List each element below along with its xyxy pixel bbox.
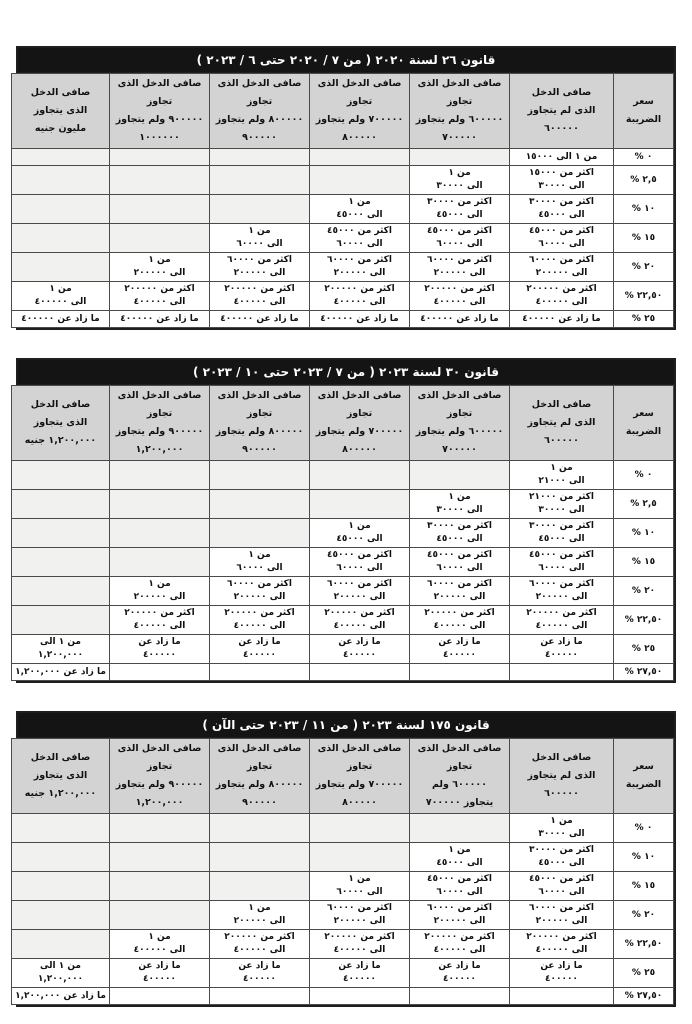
empty-cell — [210, 166, 310, 195]
table-row: % ١٠اكثر من ٣٠٠٠٠ الى ٤٥٠٠٠اكثر من ٣٠٠٠٠… — [12, 195, 674, 224]
table-row: % ٢٠اكثر من ٦٠٠٠٠ الى ٢٠٠٠٠٠اكثر من ٦٠٠٠… — [12, 901, 674, 930]
bracket-range-cell: اكثر من ٢٠٠٠٠٠ الى ٤٠٠٠٠٠ — [510, 606, 614, 635]
bracket-range-cell: ما زاد عن ٤٠٠٠٠٠ — [210, 959, 310, 988]
empty-cell — [510, 664, 614, 681]
tax-rate-header-cell: سعر الضريبة — [614, 74, 674, 149]
empty-cell — [110, 195, 210, 224]
empty-cell — [110, 814, 210, 843]
header-row: سعر الضريبةصافى الدخل الذى لم يتجاوز ٦٠٠… — [12, 74, 674, 149]
tax-rate-cell: % ١٠ — [614, 195, 674, 224]
bracket-range-cell: اكثر من ٦٠٠٠٠ الى ٢٠٠٠٠٠ — [210, 577, 310, 606]
tax-rate-cell: % ٠ — [614, 814, 674, 843]
empty-cell — [12, 490, 110, 519]
empty-cell — [12, 577, 110, 606]
empty-cell — [310, 988, 410, 1005]
bracket-range-cell: اكثر من ٦٠٠٠٠ الى ٢٠٠٠٠٠ — [510, 577, 614, 606]
bracket-range-cell: من ١ الى ٢٠٠٠٠٠ — [110, 577, 210, 606]
empty-cell — [210, 490, 310, 519]
bracket-range-cell: ما زاد عن ١,٢٠٠,٠٠٠ — [12, 988, 110, 1005]
empty-cell — [12, 149, 110, 166]
income-bracket-header-cell-3: صافى الدخل الذى تجاوز ٨٠٠٠٠٠ ولم يتجاوز … — [210, 74, 310, 149]
bracket-range-cell: اكثر من ٣٠٠٠٠ الى ٤٥٠٠٠ — [410, 519, 510, 548]
income-bracket-header-cell-1: صافى الدخل الذى تجاوز ٦٠٠٠٠٠ ولم يتجاوز … — [410, 386, 510, 461]
tax-rate-cell: % ٢٠ — [614, 901, 674, 930]
income-bracket-header-cell-3: صافى الدخل الذى تجاوز ٨٠٠٠٠٠ ولم يتجاوز … — [210, 739, 310, 814]
table-row: % ٢٧,٥٠ما زاد عن ١,٢٠٠,٠٠٠ — [12, 988, 674, 1005]
bracket-range-cell: اكثر من ٢٠٠٠٠٠ الى ٤٠٠٠٠٠ — [510, 282, 614, 311]
empty-cell — [410, 461, 510, 490]
table-row: % ٢٢,٥٠اكثر من ٢٠٠٠٠٠ الى ٤٠٠٠٠٠اكثر من … — [12, 282, 674, 311]
bracket-range-cell: ما زاد عن ٤٠٠٠٠٠ — [110, 635, 210, 664]
bracket-range-cell: من ١ الى ٦٠٠٠٠ — [210, 548, 310, 577]
table-row: % ٢٥ما زاد عن ٤٠٠٠٠٠ما زاد عن ٤٠٠٠٠٠ما ز… — [12, 311, 674, 328]
table-row: % ١٥اكثر من ٤٥٠٠٠ الى ٦٠٠٠٠اكثر من ٤٥٠٠٠… — [12, 548, 674, 577]
bracket-range-cell: اكثر من ٤٥٠٠٠ الى ٦٠٠٠٠ — [510, 224, 614, 253]
empty-cell — [210, 814, 310, 843]
table-row: % ٢٢,٥٠اكثر من ٢٠٠٠٠٠ الى ٤٠٠٠٠٠اكثر من … — [12, 930, 674, 959]
header-row: سعر الضريبةصافى الدخل الذى لم يتجاوز ٦٠٠… — [12, 739, 674, 814]
bracket-range-cell: ما زاد عن ٤٠٠٠٠٠ — [110, 959, 210, 988]
bracket-range-cell: اكثر من ٦٠٠٠٠ الى ٢٠٠٠٠٠ — [310, 901, 410, 930]
table-row: % ١٠اكثر من ٣٠٠٠٠ الى ٤٥٠٠٠من ١ الى ٤٥٠٠… — [12, 843, 674, 872]
income-bracket-header-cell-1: صافى الدخل الذى تجاوز ٦٠٠٠٠٠ ولم يتجاوز … — [410, 74, 510, 149]
tax-rate-header-cell: سعر الضريبة — [614, 386, 674, 461]
bracket-range-cell: من ١ الى ١,٢٠٠,٠٠٠ — [12, 635, 110, 664]
bracket-range-cell: اكثر من ٦٠٠٠٠ الى ٢٠٠٠٠٠ — [210, 253, 310, 282]
tax-rate-cell: % ٢٠ — [614, 577, 674, 606]
income-bracket-header-cell-4: صافى الدخل الذى تجاوز ٩٠٠٠٠٠ ولم يتجاوز … — [110, 74, 210, 149]
bracket-range-cell: اكثر من ٤٥٠٠٠ الى ٦٠٠٠٠ — [510, 872, 614, 901]
bracket-range-cell: ما زاد عن ٤٠٠٠٠٠ — [410, 635, 510, 664]
income-bracket-header-cell-5: صافى الدخل الذى يتجاوز ١,٢٠٠,٠٠٠ جنيه — [12, 739, 110, 814]
tax-rate-cell: % ٠ — [614, 461, 674, 490]
bracket-range-cell: ما زاد عن ٤٠٠٠٠٠ — [12, 311, 110, 328]
bracket-range-cell: اكثر من ٢٠٠٠٠٠ الى ٤٠٠٠٠٠ — [110, 606, 210, 635]
table-row: % ٢٧,٥٠ما زاد عن ١,٢٠٠,٠٠٠ — [12, 664, 674, 681]
bracket-range-cell: اكثر من ٦٠٠٠٠ الى ٢٠٠٠٠٠ — [510, 901, 614, 930]
tax-rate-cell: % ١٠ — [614, 519, 674, 548]
bracket-range-cell: ما زاد عن ٤٠٠٠٠٠ — [310, 311, 410, 328]
tax-brackets-table: سعر الضريبةصافى الدخل الذى لم يتجاوز ٦٠٠… — [11, 738, 674, 1005]
bracket-range-cell: ما زاد عن ٤٠٠٠٠٠ — [410, 311, 510, 328]
bracket-range-cell: اكثر من ٢٠٠٠٠٠ الى ٤٠٠٠٠٠ — [210, 282, 310, 311]
table-row: % ١٥اكثر من ٤٥٠٠٠ الى ٦٠٠٠٠اكثر من ٤٥٠٠٠… — [12, 872, 674, 901]
header-row: سعر الضريبةصافى الدخل الذى لم يتجاوز ٦٠٠… — [12, 386, 674, 461]
bracket-range-cell: اكثر من ٢٠٠٠٠٠ الى ٤٠٠٠٠٠ — [110, 282, 210, 311]
bracket-range-cell: من ١ الى ٦٠٠٠٠ — [210, 224, 310, 253]
empty-cell — [310, 461, 410, 490]
tax-rate-cell: % ٢٥ — [614, 635, 674, 664]
empty-cell — [12, 519, 110, 548]
empty-cell — [12, 843, 110, 872]
bracket-range-cell: من ١ الى ٣٠٠٠٠ — [510, 814, 614, 843]
empty-cell — [12, 606, 110, 635]
bracket-range-cell: اكثر من ١٥٠٠٠ الى ٣٠٠٠٠ — [510, 166, 614, 195]
table-row: % ١٠اكثر من ٣٠٠٠٠ الى ٤٥٠٠٠اكثر من ٣٠٠٠٠… — [12, 519, 674, 548]
empty-cell — [12, 930, 110, 959]
tax-law-tables-page: قانون ٢٦ لسنة ٢٠٢٠ ( من ٧ / ٢٠٢٠ حتى ٦ /… — [0, 0, 692, 1007]
empty-cell — [310, 149, 410, 166]
income-bracket-header-cell-2: صافى الدخل الذى تجاوز ٧٠٠٠٠٠ ولم يتجاوز … — [310, 386, 410, 461]
empty-cell — [410, 664, 510, 681]
bracket-range-cell: ما زاد عن ٤٠٠٠٠٠ — [210, 311, 310, 328]
tax-rate-cell: % ٢٧,٥٠ — [614, 664, 674, 681]
tax-rate-cell: % ٢٧,٥٠ — [614, 988, 674, 1005]
tax-rate-cell: % ١٥ — [614, 872, 674, 901]
empty-cell — [110, 548, 210, 577]
bracket-range-cell: من ١ الى ٤٥٠٠٠ — [410, 843, 510, 872]
income-bracket-header-cell-5: صافى الدخل الذى يتجاوز ١,٢٠٠,٠٠٠ جنيه — [12, 386, 110, 461]
bracket-range-cell: ما زاد عن ٤٠٠٠٠٠ — [510, 959, 614, 988]
empty-cell — [110, 149, 210, 166]
tax-rate-cell: % ٢٢,٥٠ — [614, 606, 674, 635]
bracket-range-cell: ما زاد عن ١,٢٠٠,٠٠٠ — [12, 664, 110, 681]
empty-cell — [110, 461, 210, 490]
bracket-range-cell: ما زاد عن ٤٠٠٠٠٠ — [110, 311, 210, 328]
income-bracket-header-cell-0: صافى الدخل الذى لم يتجاوز ٦٠٠٠٠٠ — [510, 386, 614, 461]
empty-cell — [210, 519, 310, 548]
bracket-range-cell: اكثر من ٤٥٠٠٠ الى ٦٠٠٠٠ — [410, 224, 510, 253]
table-row: % ٢٢,٥٠اكثر من ٢٠٠٠٠٠ الى ٤٠٠٠٠٠اكثر من … — [12, 606, 674, 635]
bracket-range-cell: اكثر من ٢٠٠٠٠٠ الى ٤٠٠٠٠٠ — [210, 930, 310, 959]
bracket-range-cell: اكثر من ٢٠٠٠٠٠ الى ٤٠٠٠٠٠ — [410, 606, 510, 635]
tax-rate-cell: % ٢,٥ — [614, 490, 674, 519]
income-bracket-header-cell-3: صافى الدخل الذى تجاوز ٨٠٠٠٠٠ ولم يتجاوز … — [210, 386, 310, 461]
bracket-range-cell: ما زاد عن ٤٠٠٠٠٠ — [310, 959, 410, 988]
empty-cell — [110, 872, 210, 901]
empty-cell — [310, 664, 410, 681]
bracket-range-cell: ما زاد عن ٤٠٠٠٠٠ — [510, 311, 614, 328]
bracket-range-cell: ما زاد عن ٤٠٠٠٠٠ — [510, 635, 614, 664]
table-row: % ٢٥ما زاد عن ٤٠٠٠٠٠ما زاد عن ٤٠٠٠٠٠ما ز… — [12, 635, 674, 664]
bracket-range-cell: اكثر من ٦٠٠٠٠ الى ٢٠٠٠٠٠ — [410, 577, 510, 606]
income-bracket-header-cell-4: صافى الدخل الذى تجاوز ٩٠٠٠٠٠ ولم يتجاوز … — [110, 739, 210, 814]
tax-brackets-table: سعر الضريبةصافى الدخل الذى لم يتجاوز ٦٠٠… — [11, 385, 674, 681]
bracket-range-cell: اكثر من ٣٠٠٠٠ الى ٤٥٠٠٠ — [510, 195, 614, 224]
bracket-range-cell: اكثر من ٢١٠٠٠ الى ٣٠٠٠٠ — [510, 490, 614, 519]
income-bracket-header-cell-2: صافى الدخل الذى تجاوز ٧٠٠٠٠٠ ولم يتجاوز … — [310, 739, 410, 814]
table-row: % ٠من ١ الى ١٥٠٠٠ — [12, 149, 674, 166]
tax-rate-cell: % ٢٥ — [614, 959, 674, 988]
bracket-range-cell: اكثر من ٢٠٠٠٠٠ الى ٤٠٠٠٠٠ — [310, 930, 410, 959]
empty-cell — [210, 872, 310, 901]
bracket-range-cell: من ١ الى ٢٠٠٠٠٠ — [210, 901, 310, 930]
bracket-range-cell: اكثر من ٤٥٠٠٠ الى ٦٠٠٠٠ — [310, 224, 410, 253]
bracket-range-cell: اكثر من ٦٠٠٠٠ الى ٢٠٠٠٠٠ — [510, 253, 614, 282]
empty-cell — [110, 166, 210, 195]
table-row: % ٠من ١ الى ٣٠٠٠٠ — [12, 814, 674, 843]
empty-cell — [310, 166, 410, 195]
bracket-range-cell: اكثر من ٣٠٠٠٠ الى ٤٥٠٠٠ — [510, 843, 614, 872]
table-row: % ٠من ١ الى ٢١٠٠٠ — [12, 461, 674, 490]
bracket-range-cell: ما زاد عن ٤٠٠٠٠٠ — [410, 959, 510, 988]
tax-table-law-26-2020: قانون ٢٦ لسنة ٢٠٢٠ ( من ٧ / ٢٠٢٠ حتى ٦ /… — [16, 46, 676, 330]
table-row: % ٢,٥اكثر من ١٥٠٠٠ الى ٣٠٠٠٠من ١ الى ٣٠٠… — [12, 166, 674, 195]
tax-rate-cell: % ١٥ — [614, 548, 674, 577]
bracket-range-cell: اكثر من ٢٠٠٠٠٠ الى ٤٠٠٠٠٠ — [410, 282, 510, 311]
bracket-range-cell: اكثر من ٤٥٠٠٠ الى ٦٠٠٠٠ — [310, 548, 410, 577]
empty-cell — [410, 988, 510, 1005]
bracket-range-cell: اكثر من ٣٠٠٠٠ الى ٤٥٠٠٠ — [410, 195, 510, 224]
tax-rate-cell: % ٢٠ — [614, 253, 674, 282]
empty-cell — [12, 872, 110, 901]
empty-cell — [12, 461, 110, 490]
bracket-range-cell: ما زاد عن ٤٠٠٠٠٠ — [310, 635, 410, 664]
empty-cell — [110, 901, 210, 930]
table-row: % ٢٠اكثر من ٦٠٠٠٠ الى ٢٠٠٠٠٠اكثر من ٦٠٠٠… — [12, 253, 674, 282]
table-title: قانون ٢٦ لسنة ٢٠٢٠ ( من ٧ / ٢٠٢٠ حتى ٦ /… — [18, 48, 674, 73]
empty-cell — [510, 988, 614, 1005]
empty-cell — [110, 988, 210, 1005]
income-bracket-header-cell-0: صافى الدخل الذى لم يتجاوز ٦٠٠٠٠٠ — [510, 739, 614, 814]
tax-rate-header-cell: سعر الضريبة — [614, 739, 674, 814]
bracket-range-cell: من ١ الى ١٥٠٠٠ — [510, 149, 614, 166]
tax-table-law-175-2023: قانون ١٧٥ لسنة ٢٠٢٣ ( من ١١ / ٢٠٢٣ حتى ا… — [16, 711, 676, 1007]
bracket-range-cell: اكثر من ٢٠٠٠٠٠ الى ٤٠٠٠٠٠ — [210, 606, 310, 635]
empty-cell — [110, 843, 210, 872]
bracket-range-cell: من ١ الى ٤٥٠٠٠ — [310, 519, 410, 548]
empty-cell — [12, 548, 110, 577]
bracket-range-cell: اكثر من ٤٥٠٠٠ الى ٦٠٠٠٠ — [410, 872, 510, 901]
table-row: % ٢٥ما زاد عن ٤٠٠٠٠٠ما زاد عن ٤٠٠٠٠٠ما ز… — [12, 959, 674, 988]
empty-cell — [210, 664, 310, 681]
bracket-range-cell: من ١ الى ٣٠٠٠٠ — [410, 166, 510, 195]
tax-rate-cell: % ١٥ — [614, 224, 674, 253]
bracket-range-cell: من ١ الى ٢٠٠٠٠٠ — [110, 253, 210, 282]
table-title: قانون ١٧٥ لسنة ٢٠٢٣ ( من ١١ / ٢٠٢٣ حتى ا… — [18, 713, 674, 738]
empty-cell — [210, 988, 310, 1005]
empty-cell — [12, 195, 110, 224]
bracket-range-cell: من ١ الى ٤٥٠٠٠ — [310, 195, 410, 224]
tax-rate-cell: % ٢,٥ — [614, 166, 674, 195]
bracket-range-cell: من ١ الى ٢١٠٠٠ — [510, 461, 614, 490]
bracket-range-cell: اكثر من ٢٠٠٠٠٠ الى ٤٠٠٠٠٠ — [510, 930, 614, 959]
table-title: قانون ٣٠ لسنة ٢٠٢٣ ( من ٧ / ٢٠٢٣ حتى ١٠ … — [18, 360, 674, 385]
tax-table-law-30-2023: قانون ٣٠ لسنة ٢٠٢٣ ( من ٧ / ٢٠٢٣ حتى ١٠ … — [16, 358, 676, 683]
empty-cell — [210, 149, 310, 166]
table-row: % ٢٠اكثر من ٦٠٠٠٠ الى ٢٠٠٠٠٠اكثر من ٦٠٠٠… — [12, 577, 674, 606]
income-bracket-header-cell-4: صافى الدخل الذى تجاوز ٩٠٠٠٠٠ ولم يتجاوز … — [110, 386, 210, 461]
bracket-range-cell: اكثر من ٣٠٠٠٠ الى ٤٥٠٠٠ — [510, 519, 614, 548]
empty-cell — [310, 814, 410, 843]
bracket-range-cell: اكثر من ٦٠٠٠٠ الى ٢٠٠٠٠٠ — [410, 253, 510, 282]
tax-rate-cell: % ٢٥ — [614, 311, 674, 328]
bracket-range-cell: من ١ الى ٤٠٠٠٠٠ — [12, 282, 110, 311]
empty-cell — [210, 843, 310, 872]
empty-cell — [110, 224, 210, 253]
empty-cell — [12, 224, 110, 253]
empty-cell — [410, 814, 510, 843]
bracket-range-cell: ما زاد عن ٤٠٠٠٠٠ — [210, 635, 310, 664]
empty-cell — [12, 166, 110, 195]
bracket-range-cell: من ١ الى ١,٢٠٠,٠٠٠ — [12, 959, 110, 988]
tax-rate-cell: % ٢٢,٥٠ — [614, 930, 674, 959]
empty-cell — [310, 843, 410, 872]
empty-cell — [12, 253, 110, 282]
bracket-range-cell: اكثر من ٢٠٠٠٠٠ الى ٤٠٠٠٠٠ — [410, 930, 510, 959]
empty-cell — [12, 901, 110, 930]
income-bracket-header-cell-2: صافى الدخل الذى تجاوز ٧٠٠٠٠٠ ولم يتجاوز … — [310, 74, 410, 149]
bracket-range-cell: اكثر من ٢٠٠٠٠٠ الى ٤٠٠٠٠٠ — [310, 606, 410, 635]
empty-cell — [210, 461, 310, 490]
empty-cell — [110, 519, 210, 548]
bracket-range-cell: اكثر من ٦٠٠٠٠ الى ٢٠٠٠٠٠ — [310, 577, 410, 606]
bracket-range-cell: من ١ الى ٦٠٠٠٠ — [310, 872, 410, 901]
income-bracket-header-cell-5: صافى الدخل الذى يتجاوز مليون جنيه — [12, 74, 110, 149]
bracket-range-cell: اكثر من ٦٠٠٠٠ الى ٢٠٠٠٠٠ — [310, 253, 410, 282]
empty-cell — [410, 149, 510, 166]
table-row: % ١٥اكثر من ٤٥٠٠٠ الى ٦٠٠٠٠اكثر من ٤٥٠٠٠… — [12, 224, 674, 253]
empty-cell — [110, 664, 210, 681]
bracket-range-cell: من ١ الى ٤٠٠٠٠٠ — [110, 930, 210, 959]
bracket-range-cell: من ١ الى ٣٠٠٠٠ — [410, 490, 510, 519]
income-bracket-header-cell-0: صافى الدخل الذى لم يتجاوز ٦٠٠٠٠٠ — [510, 74, 614, 149]
tax-brackets-table: سعر الضريبةصافى الدخل الذى لم يتجاوز ٦٠٠… — [11, 73, 674, 328]
bracket-range-cell: اكثر من ٤٥٠٠٠ الى ٦٠٠٠٠ — [510, 548, 614, 577]
table-row: % ٢,٥اكثر من ٢١٠٠٠ الى ٣٠٠٠٠من ١ الى ٣٠٠… — [12, 490, 674, 519]
tax-rate-cell: % ٠ — [614, 149, 674, 166]
empty-cell — [110, 490, 210, 519]
bracket-range-cell: اكثر من ٦٠٠٠٠ الى ٢٠٠٠٠٠ — [410, 901, 510, 930]
bracket-range-cell: اكثر من ٤٥٠٠٠ الى ٦٠٠٠٠ — [410, 548, 510, 577]
bracket-range-cell: اكثر من ٢٠٠٠٠٠ الى ٤٠٠٠٠٠ — [310, 282, 410, 311]
income-bracket-header-cell-1: صافى الدخل الذى تجاوز ٦٠٠٠٠٠ ولم يتجاوز … — [410, 739, 510, 814]
empty-cell — [310, 490, 410, 519]
tax-rate-cell: % ١٠ — [614, 843, 674, 872]
empty-cell — [12, 814, 110, 843]
tax-rate-cell: % ٢٢,٥٠ — [614, 282, 674, 311]
empty-cell — [210, 195, 310, 224]
